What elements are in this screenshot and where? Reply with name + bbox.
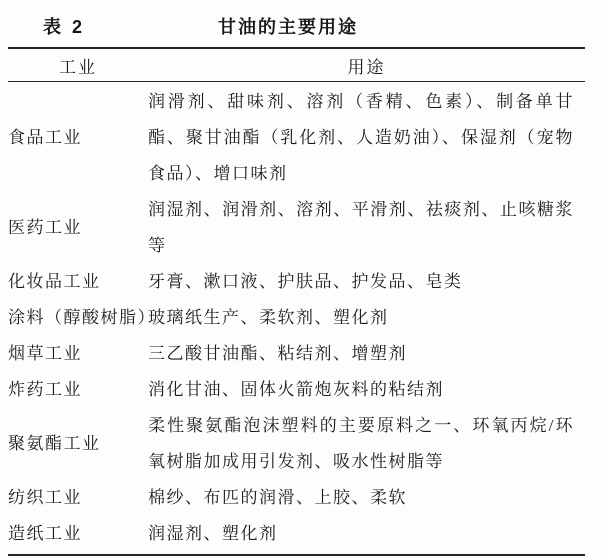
industry-cell: 纺织工业 [8,480,148,516]
uses-cell: 润湿剂、塑化剂 [148,516,574,552]
industry-cell: 造纸工业 [8,516,148,552]
table-row: 医药工业 润湿剂、润滑剂、溶剂、平滑剂、祛痰剂、止咳糖浆等 [8,192,585,264]
table-row: 涂料（醇酸树脂） 玻璃纸生产、柔软剂、塑化剂 [8,300,585,336]
table-body: 食品工业 润滑剂、甜味剂、溶剂（香精、色素）、制备单甘酯、聚甘油酯（乳化剂、人造… [8,82,585,556]
table-row: 烟草工业 三乙酸甘油酯、粘结剂、增塑剂 [8,336,585,372]
table-row: 化妆品工业 牙膏、漱口液、护肤品、护发品、皂类 [8,264,585,300]
paper-table-figure: 表 2 甘油的主要用途 工业 用途 食品工业 润滑剂、甜味剂、溶剂（香精、色素）… [0,0,601,559]
column-header-industry: 工业 [8,53,148,78]
column-header-uses: 用途 [148,53,585,78]
table-row: 炸药工业 消化甘油、固体火箭炮灰料的粘结剂 [8,372,585,408]
uses-cell: 润滑剂、甜味剂、溶剂（香精、色素）、制备单甘酯、聚甘油酯（乳化剂、人造奶油）、保… [148,84,574,192]
uses-cell: 棉纱、布匹的润滑、上胶、柔软 [148,480,574,516]
industry-cell: 烟草工业 [8,336,148,372]
table-number-label: 表 2 [43,13,85,39]
uses-cell: 三乙酸甘油酯、粘结剂、增塑剂 [148,336,574,372]
table-header-row: 工业 用途 [8,47,585,82]
table-row: 聚氨酯工业 柔性聚氨酯泡沫塑料的主要原料之一、环氧丙烷/环氧树脂加成用引发剂、吸… [8,408,585,480]
uses-cell: 玻璃纸生产、柔软剂、塑化剂 [148,300,574,336]
uses-cell: 柔性聚氨酯泡沫塑料的主要原料之一、环氧丙烷/环氧树脂加成用引发剂、吸水性树脂等 [148,408,574,480]
industry-cell: 炸药工业 [8,372,148,408]
table-row: 纺织工业 棉纱、布匹的润滑、上胶、柔软 [8,480,585,516]
uses-cell: 消化甘油、固体火箭炮灰料的粘结剂 [148,372,574,408]
uses-cell: 润湿剂、润滑剂、溶剂、平滑剂、祛痰剂、止咳糖浆等 [148,192,574,264]
table-row: 食品工业 润滑剂、甜味剂、溶剂（香精、色素）、制备单甘酯、聚甘油酯（乳化剂、人造… [8,84,585,192]
uses-cell: 牙膏、漱口液、护肤品、护发品、皂类 [148,264,574,300]
uses-table: 工业 用途 食品工业 润滑剂、甜味剂、溶剂（香精、色素）、制备单甘酯、聚甘油酯（… [8,47,585,556]
table-caption: 表 2 甘油的主要用途 [0,0,601,47]
industry-cell: 涂料（醇酸树脂） [8,300,148,336]
table-title: 甘油的主要用途 [218,13,358,39]
industry-cell: 食品工业 [8,120,148,156]
industry-cell: 化妆品工业 [8,264,148,300]
industry-cell: 医药工业 [8,210,148,246]
industry-cell: 聚氨酯工业 [8,426,148,462]
table-row: 造纸工业 润湿剂、塑化剂 [8,516,585,552]
